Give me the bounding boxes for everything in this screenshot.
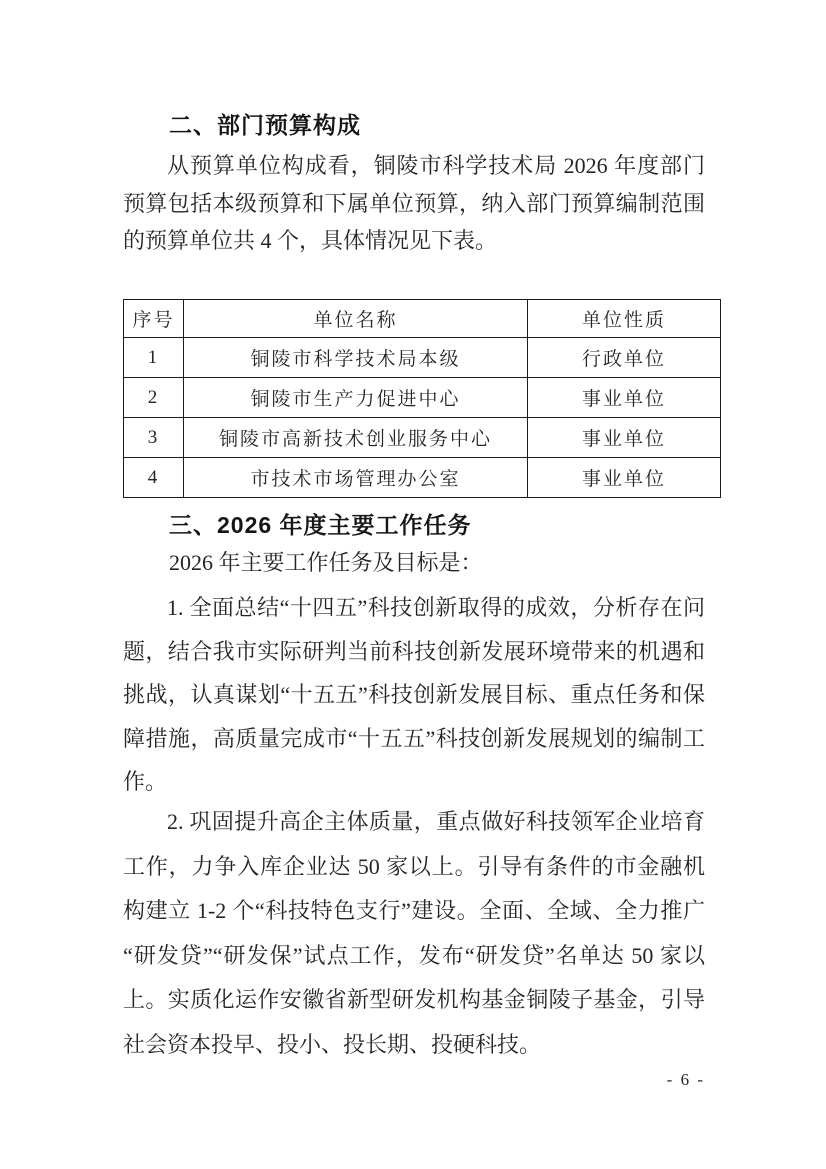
paragraph-task-1: 1. 全面总结“十四五”科技创新取得的成效，分析存在问题，结合我市实际研判当前科…	[123, 586, 705, 804]
page-number: - 6 -	[667, 1070, 705, 1090]
cell-unit-type: 事业单位	[528, 418, 721, 458]
cell-unit-name: 市技术市场管理办公室	[184, 458, 528, 498]
cell-unit-type: 事业单位	[528, 458, 721, 498]
cell-unit-name: 铜陵市科学技术局本级	[184, 338, 528, 378]
cell-serial: 3	[124, 418, 184, 458]
section-heading-main-tasks: 三、2026 年度主要工作任务	[169, 507, 472, 540]
budget-units-table: 序号 单位名称 单位性质 1 铜陵市科学技术局本级 行政单位 2 铜陵市生产力促…	[123, 299, 721, 498]
section-heading-budget-composition: 二、部门预算构成	[169, 107, 361, 140]
cell-serial: 2	[124, 378, 184, 418]
table-header-serial: 序号	[124, 300, 184, 338]
table-row: 4 市技术市场管理办公室 事业单位	[124, 458, 721, 498]
cell-unit-name: 铜陵市生产力促进中心	[184, 378, 528, 418]
document-page: 二、部门预算构成 从预算单位构成看，铜陵市科学技术局 2026 年度部门预算包括…	[0, 0, 826, 1169]
table-header-unit-name: 单位名称	[184, 300, 528, 338]
cell-unit-type: 行政单位	[528, 338, 721, 378]
paragraph-tasks-intro: 2026 年主要工作任务及目标是：	[169, 546, 483, 577]
table-row: 2 铜陵市生产力促进中心 事业单位	[124, 378, 721, 418]
paragraph-task-2: 2. 巩固提升高企主体质量，重点做好科技领军企业培育工作，力争入库企业达 50 …	[123, 800, 705, 1067]
cell-serial: 4	[124, 458, 184, 498]
table-header-unit-type: 单位性质	[528, 300, 721, 338]
paragraph-budget-composition: 从预算单位构成看，铜陵市科学技术局 2026 年度部门预算包括本级预算和下属单位…	[123, 147, 705, 260]
cell-unit-type: 事业单位	[528, 378, 721, 418]
table-header-row: 序号 单位名称 单位性质	[124, 300, 721, 338]
table-row: 3 铜陵市高新技术创业服务中心 事业单位	[124, 418, 721, 458]
cell-serial: 1	[124, 338, 184, 378]
table-row: 1 铜陵市科学技术局本级 行政单位	[124, 338, 721, 378]
cell-unit-name: 铜陵市高新技术创业服务中心	[184, 418, 528, 458]
